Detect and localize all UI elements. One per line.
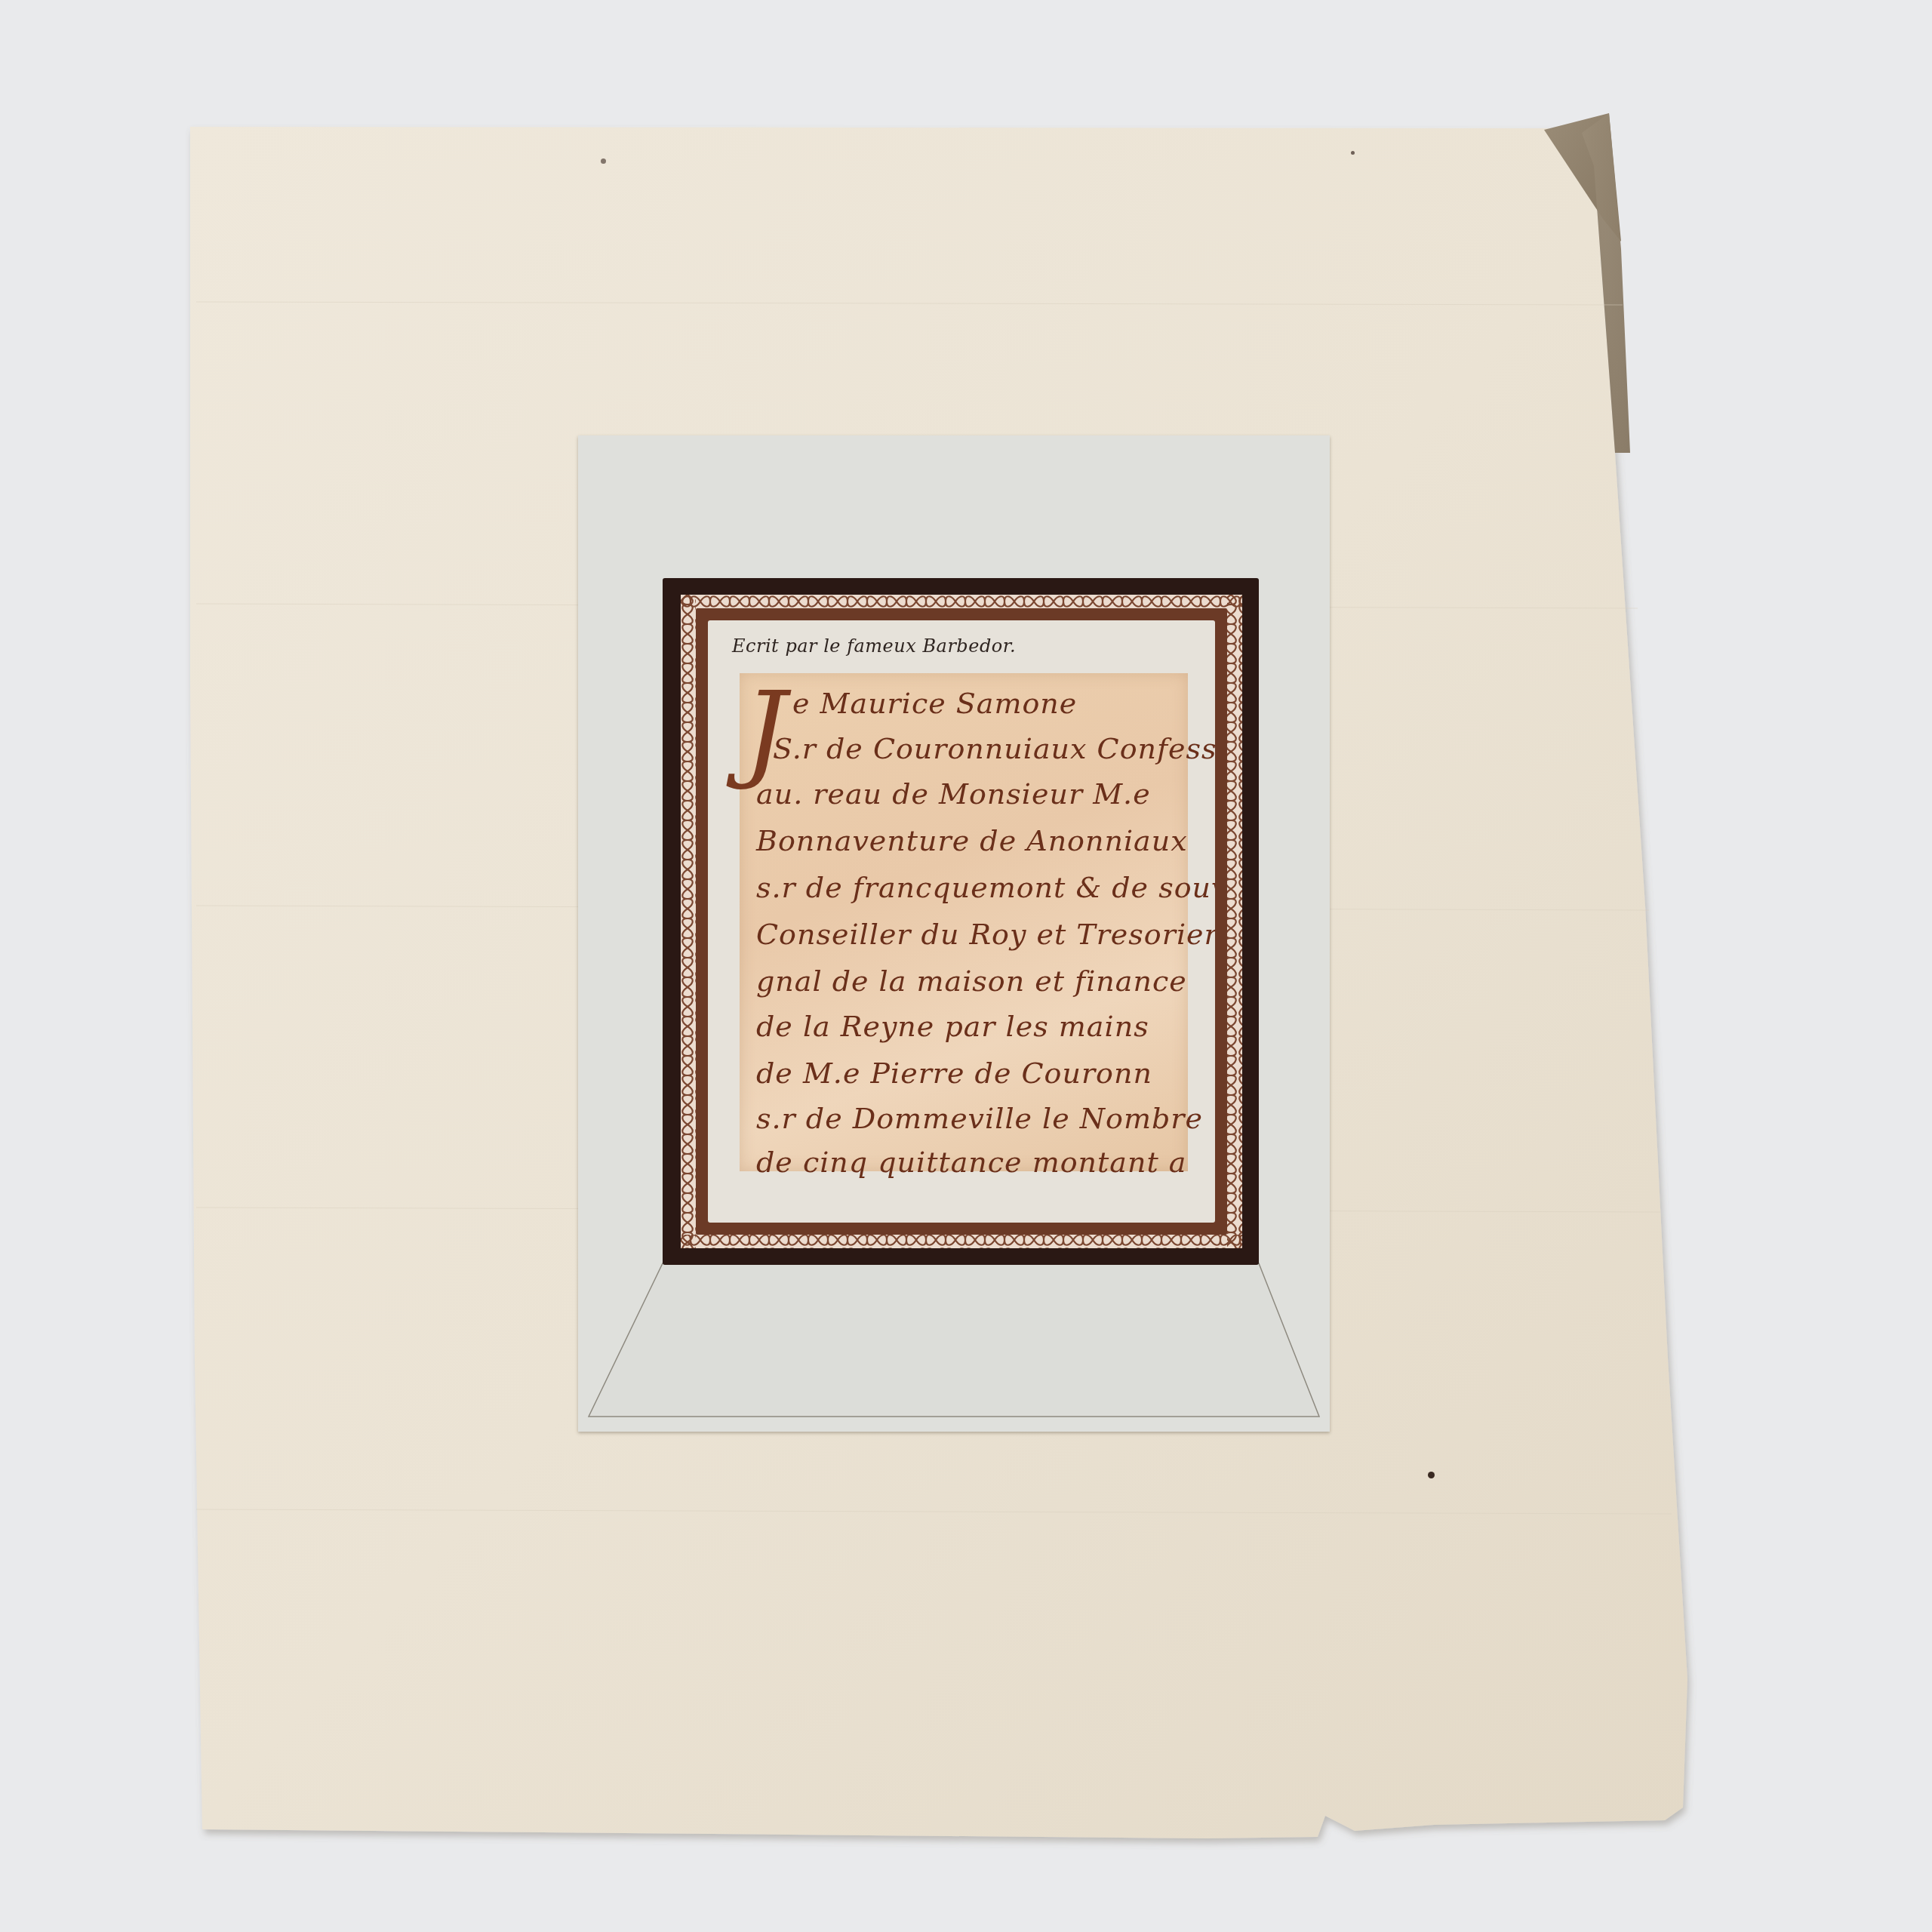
manuscript-line: s.r de Dommeville le Nombre <box>756 1102 1177 1135</box>
manuscript-line: de cinq quittance montant a <box>756 1146 1177 1179</box>
manuscript-line: gnal de la maison et finance <box>756 964 1177 998</box>
manuscript-fragment: J e Maurice Samone S.r de Couronnuiaux C… <box>740 673 1188 1171</box>
ink-spot <box>1351 151 1355 155</box>
manuscript-line: de M.e Pierre de Couronn <box>756 1057 1177 1090</box>
manuscript-line: S.r de Couronnuiaux Confesse <box>773 732 1177 765</box>
manuscript-line: Conseiller du Roy et Tresorier <box>756 918 1177 951</box>
manuscript-line: Bonnaventure de Anonniaux <box>756 824 1177 857</box>
photo-scene: Ecrit par le fameux Barbedor. J e Mauric… <box>0 0 1932 1932</box>
ink-spot <box>1428 1472 1435 1478</box>
manuscript-line: e Maurice Samone <box>792 687 1177 720</box>
manuscript-line: s.r de francquemont & de souvie <box>756 871 1177 904</box>
manuscript-line: au. reau de Monsieur M.e <box>756 777 1177 811</box>
ink-spot <box>601 158 606 164</box>
frame-window: Ecrit par le fameux Barbedor. J e Mauric… <box>708 620 1215 1223</box>
manuscript-line: de la Reyne par les mains <box>756 1010 1177 1043</box>
mount-caption: Ecrit par le fameux Barbedor. <box>732 635 1016 657</box>
